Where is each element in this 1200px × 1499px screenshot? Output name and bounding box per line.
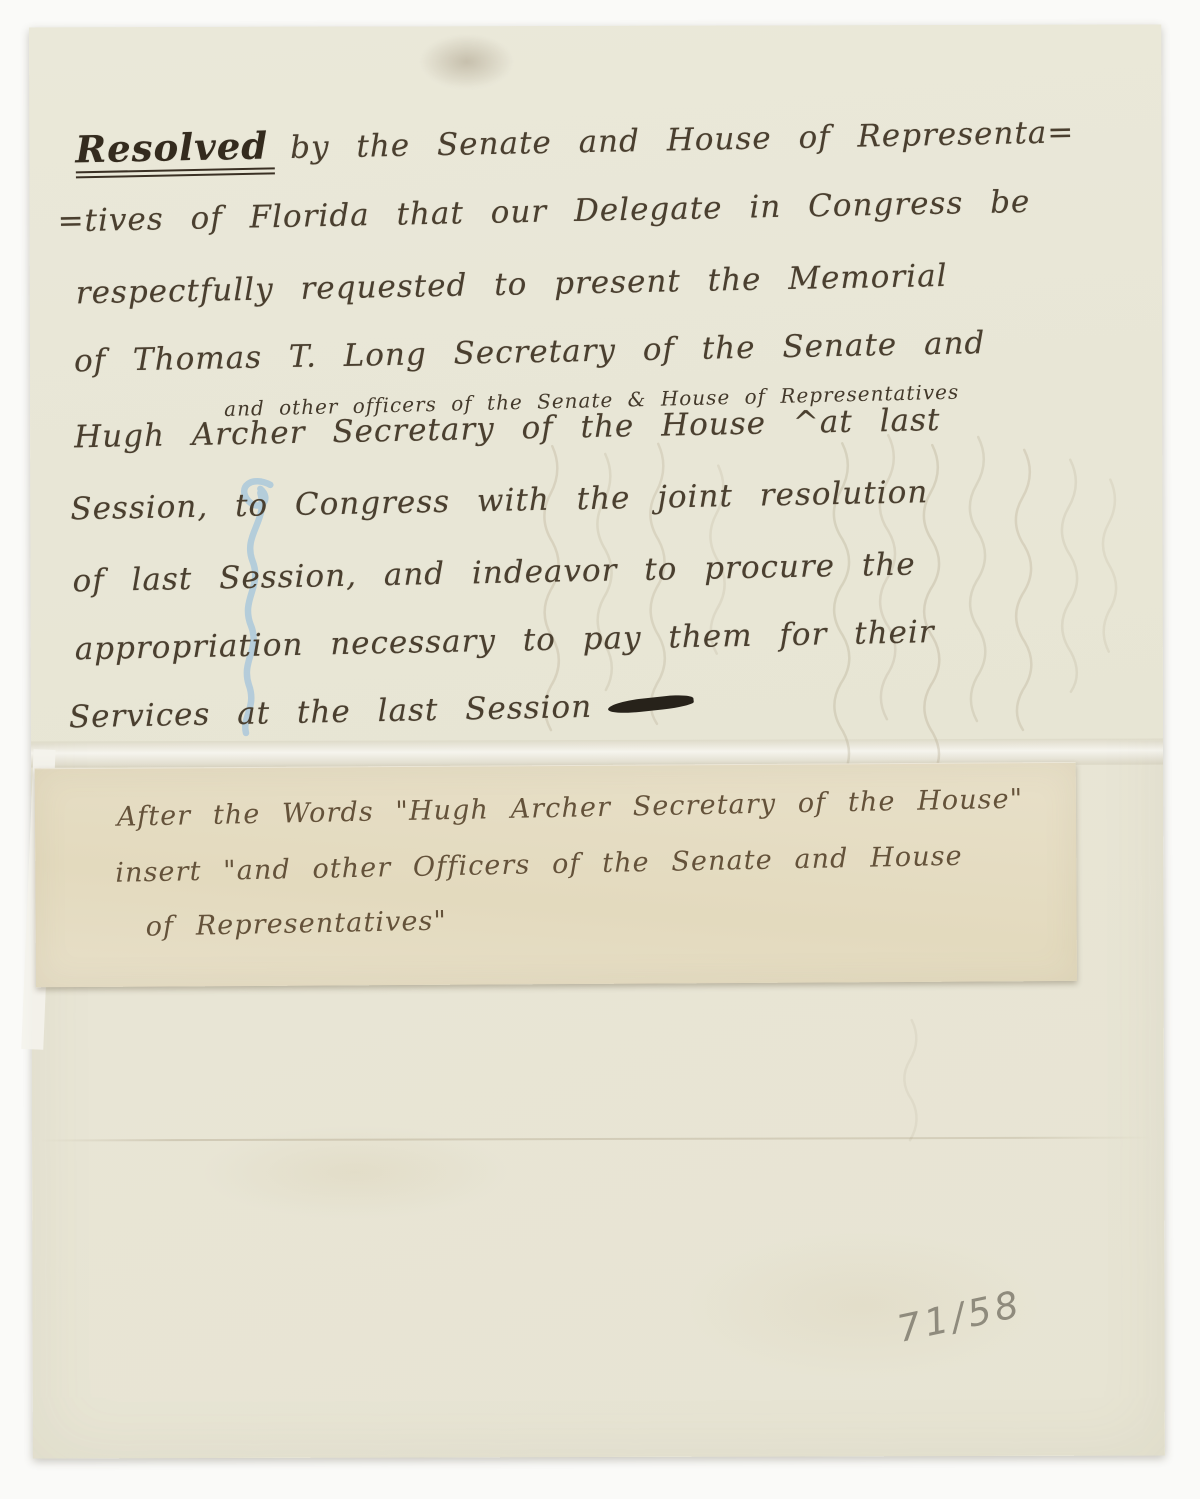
ink-blot-dash: [608, 693, 695, 715]
document-scan: Resolvedby the Senate and House of Repre…: [0, 0, 1200, 1499]
fold-line: [40, 1137, 1152, 1142]
slip-line: After the Words "Hugh Archer Secretary o…: [117, 784, 1024, 833]
amendment-slip: After the Words "Hugh Archer Secretary o…: [35, 762, 1077, 987]
archival-number: 71/58: [893, 1282, 1026, 1351]
slip-line: insert "and other Officers of the Senate…: [115, 841, 963, 889]
opening-word: Resolved: [75, 123, 275, 178]
manuscript-page: Resolvedby the Senate and House of Repre…: [29, 25, 1165, 1459]
line-text: by the Senate and House of Representa=: [290, 114, 1075, 166]
slip-line: of Representatives": [145, 906, 447, 943]
